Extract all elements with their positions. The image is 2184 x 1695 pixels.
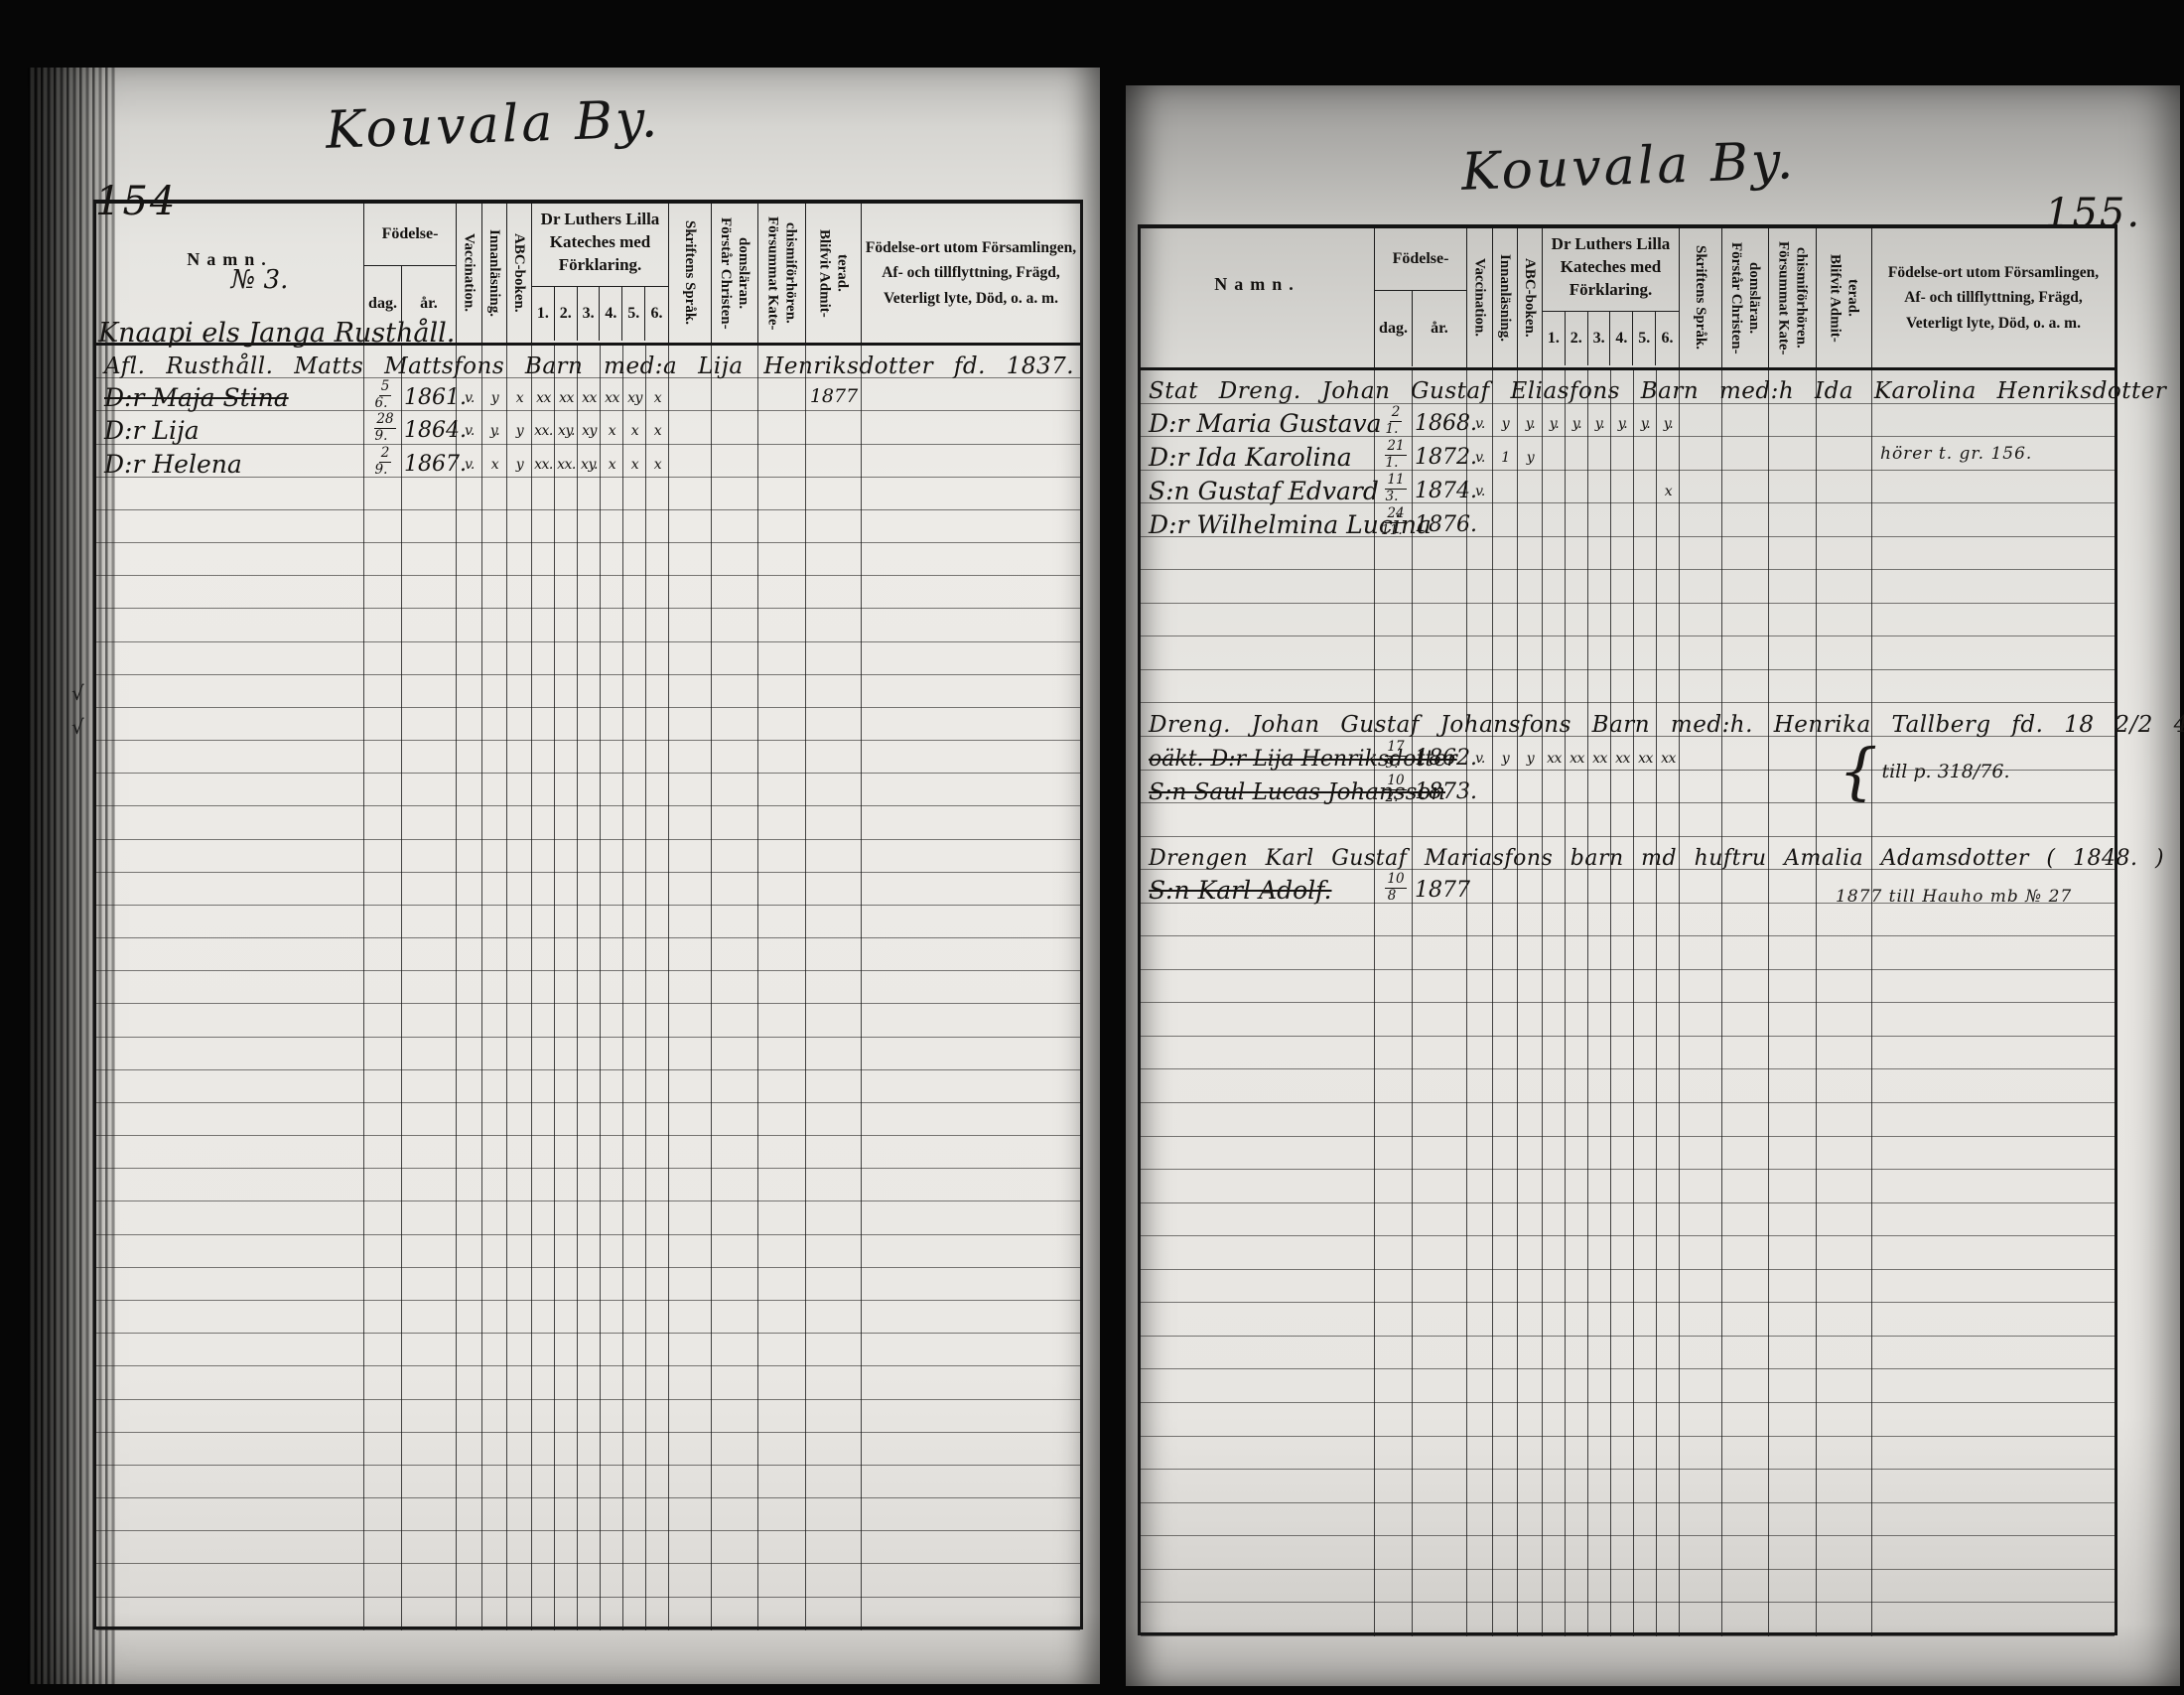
mark-k3: [1588, 898, 1611, 905]
mark-vaccination: v.: [1467, 417, 1493, 438]
mark-k6: x: [646, 391, 669, 412]
header-forsummat-katechismiforhoren: Försummat Kate-chismiförhören.: [1769, 228, 1817, 367]
mark-k1: [1543, 465, 1566, 472]
kateches-col-6: 6.: [645, 287, 668, 341]
mark-k4: [1611, 465, 1634, 472]
mark-k5: [1634, 799, 1657, 806]
fodelse-label: Födelse-: [364, 204, 456, 266]
mark-abc: [1518, 532, 1543, 539]
person-name: D:r Helena: [96, 452, 364, 479]
mark-k3: y.: [1588, 417, 1611, 438]
mark-abc: y.: [1518, 417, 1543, 438]
mark-k3: xy.: [578, 458, 601, 479]
mark-innanlasning: y: [1493, 417, 1518, 438]
birth-year: 1877: [1413, 880, 1467, 905]
mark-innanlasning: 1: [1493, 451, 1518, 472]
dag-label: dag.: [1375, 291, 1413, 366]
mark-k6: y.: [1657, 417, 1680, 438]
mark-k5: x: [623, 424, 646, 445]
kateches-col-2: 2.: [555, 287, 578, 341]
note-moved-to-hauho: 1877 till Hauho mb № 27: [1836, 887, 2072, 907]
mark-k6: [1657, 799, 1680, 806]
kateches-col-5: 5.: [622, 287, 645, 341]
mark-vaccination: v.: [457, 391, 482, 412]
mark-k2: [1566, 498, 1588, 505]
brace-glyph: {: [1839, 744, 1877, 799]
person-name: D:r Wilhelmina Lucina: [1141, 512, 1375, 539]
ar-label: år.: [1413, 291, 1466, 366]
mark-innanlasning: x: [482, 458, 507, 479]
header-notes: Födelse-ort utom Församlingen, Af- och t…: [862, 204, 1080, 343]
table-row: S:n Gustaf Edvard 113. 1874. v. x: [1141, 472, 2115, 505]
mark-k3: xy: [578, 424, 601, 445]
note-moved-to-page: { till p. 318/76.: [1839, 734, 2009, 809]
namn-label: Namn.: [1141, 274, 1374, 295]
mark-vaccination: v.: [1467, 752, 1493, 773]
mark-k1: [1543, 799, 1566, 806]
table-row: D:r Maja Stina 56. 1861. v. y x xx xx xx…: [96, 378, 1080, 412]
mark-k4: x: [601, 424, 623, 445]
birth-year: 1867.: [402, 454, 457, 479]
mark-k6: xx: [1657, 752, 1680, 773]
page-title-right: Kouvala By.: [1460, 131, 1797, 203]
birth-year: 1861.: [402, 387, 457, 412]
header-innanlasning: Innanläsning.: [482, 204, 507, 343]
mark-k5: x: [623, 458, 646, 479]
mark-k5: xy: [623, 391, 646, 412]
kateches-label: Dr Luthers Lilla Kateches med Förklaring…: [532, 204, 668, 287]
scanned-parish-register: { "header": { "namn": "Namn.", "fodelse"…: [0, 0, 2184, 1695]
mark-k1: [1543, 898, 1566, 905]
mark-vaccination: v.: [1467, 451, 1493, 472]
mark-abc: [1518, 799, 1543, 806]
table-row: D:r Lija 289. 1864. v. y. y xx. xy. xy x…: [96, 411, 1080, 445]
header-namn: Namn. № 3. Knaapi els Janga Rusthåll.: [96, 204, 364, 343]
person-name: S:n Karl Adolf.: [1141, 878, 1375, 905]
fodelse-label: Födelse-: [1375, 228, 1466, 291]
mark-k1: [1543, 498, 1566, 505]
mark-abc: [1518, 898, 1543, 905]
mark-k5: [1634, 532, 1657, 539]
mark-k1: xx: [1543, 752, 1566, 773]
mark-vaccination: v.: [1467, 485, 1493, 505]
mark-k2: xx: [555, 391, 578, 412]
header-forsummat-katechismiforhoren: Försummat Kate-chismiförhören.: [758, 204, 806, 343]
birth-day: 108: [1375, 873, 1413, 905]
mark-k6: [1657, 532, 1680, 539]
birth-day: 2411.: [1375, 507, 1413, 539]
header-namn: Namn.: [1141, 228, 1375, 367]
mark-k1: [1543, 532, 1566, 539]
kateches-col-3: 3.: [578, 287, 601, 341]
mark-k2: [1566, 799, 1588, 806]
mark-abc: y: [1518, 752, 1543, 773]
mark-k1: y.: [1543, 417, 1566, 438]
birth-day: 179.: [1375, 741, 1413, 773]
mark-k4: xx: [1611, 752, 1634, 773]
person-name: S:n Saul Lucas Johansson: [1141, 781, 1375, 806]
header-skriftens-sprak: Skriftens Språk.: [1680, 228, 1722, 367]
table-row: D:r Maria Gustava 21. 1868. v. y y. y. y…: [1141, 404, 2115, 438]
page-title-left: Kouvala By.: [325, 89, 661, 161]
header-notes: Födelse-ort utom Församlingen, Af- och t…: [1872, 228, 2115, 367]
person-name: D:r Ida Karolina: [1141, 445, 1375, 472]
note-refers-to-page: hörer t. gr. 156.: [1880, 444, 2032, 464]
kateches-col-1: 1.: [532, 287, 555, 341]
mark-k3: [1588, 498, 1611, 505]
header-fodelse: Födelse- dag. år.: [1375, 228, 1467, 367]
kateches-col-4: 4.: [600, 287, 622, 341]
table-header: Namn. № 3. Knaapi els Janga Rusthåll. Fö…: [96, 204, 1080, 346]
kateches-col-6: 6.: [1656, 312, 1679, 365]
birth-day: 289.: [364, 413, 402, 445]
kateches-col-2: 2.: [1566, 312, 1588, 365]
header-blifvit-admitterad: Blifvit Admit-terad.: [1817, 228, 1872, 367]
family-section-heading: Afl. Rusthåll. Matts Mattsfons Barn med:…: [104, 346, 1074, 379]
mark-k3: xx: [1588, 752, 1611, 773]
right-page: 155. Kouvala By. Namn. Födelse- dag. år.…: [1126, 85, 2180, 1686]
mark-vaccination: v.: [457, 424, 482, 445]
admitted-year: 1877: [806, 387, 862, 412]
kateches-col-1: 1.: [1543, 312, 1566, 365]
birth-year: 1872.: [1413, 447, 1467, 472]
mark-k5: xx: [1634, 752, 1657, 773]
column-rules: [96, 346, 1080, 1630]
birth-day: 56.: [364, 380, 402, 412]
birth-year: 1876.: [1413, 514, 1467, 539]
family-section-heading: Dreng. Johan Gustaf Johansfons Barn med:…: [1149, 704, 2184, 738]
mark-innanlasning: [1493, 799, 1518, 806]
mark-k6: x: [646, 458, 669, 479]
birth-day: 102.: [1375, 775, 1413, 806]
mark-k6: x: [646, 424, 669, 445]
admitted-year: [1817, 533, 1872, 539]
birth-year: 1873.: [1413, 781, 1467, 806]
mark-abc: y: [1518, 451, 1543, 472]
mark-innanlasning: y: [482, 391, 507, 412]
mark-innanlasning: [1493, 498, 1518, 505]
margin-check-mark: √: [71, 715, 84, 739]
table-row: D:r Helena 29. 1867. v. x y xx. xx. xy. …: [96, 445, 1080, 479]
household-name: Knaapi els Janga Rusthåll.: [98, 318, 455, 349]
mark-vaccination: [1467, 799, 1493, 806]
header-forstar-christendomslaran: Förstår Christen-domsläran.: [1722, 228, 1769, 367]
mark-vaccination: [1467, 898, 1493, 905]
kateches-label: Dr Luthers Lilla Kateches med Förklaring…: [1543, 228, 1679, 312]
birth-day: 211.: [1375, 440, 1413, 472]
mark-k5: [1634, 465, 1657, 472]
header-kateches: Dr Luthers Lilla Kateches med Förklaring…: [532, 204, 669, 343]
header-vaccination: Vaccination.: [1467, 228, 1493, 367]
person-name: oäkt. D:r Lija Henriksdotter: [1141, 749, 1375, 773]
person-name: S:n Gustaf Edvard: [1141, 479, 1375, 505]
header-forstar-christendomslaran: Förstår Christen-domsläran.: [712, 204, 758, 343]
table-body: Afl. Rusthåll. Matts Mattsfons Barn med:…: [96, 346, 1080, 1630]
header-innanlasning: Innanläsning.: [1493, 228, 1518, 367]
mark-k6: [1657, 465, 1680, 472]
birth-day: 21.: [1375, 406, 1413, 438]
mark-k3: [1588, 532, 1611, 539]
table-row: D:r Wilhelmina Lucina 2411. 1876.: [1141, 505, 2115, 539]
mark-k2: xy.: [555, 424, 578, 445]
mark-k3: [1588, 799, 1611, 806]
mark-k4: x: [601, 458, 623, 479]
person-name: D:r Lija: [96, 418, 364, 445]
column-rules: [1141, 370, 2115, 1636]
mark-k4: y.: [1611, 417, 1634, 438]
table-body: Stat Dreng. Johan Gustaf Eliasfons Barn …: [1141, 370, 2115, 1636]
register-table-right: Namn. Födelse- dag. år. Vaccination. Inn…: [1138, 224, 2117, 1635]
left-page: 154 Kouvala By. √ √ Namn. № 3. Knaapi el…: [28, 68, 1100, 1684]
mark-k4: xx: [601, 391, 623, 412]
header-blifvit-admitterad: Blifvit Admit-terad.: [806, 204, 862, 343]
mark-vaccination: [1467, 532, 1493, 539]
mark-k2: y.: [1566, 417, 1588, 438]
family-section-heading: Stat Dreng. Johan Gustaf Eliasfons Barn …: [1149, 370, 2184, 404]
header-abc-boken: ABC-boken.: [507, 204, 532, 343]
mark-innanlasning: [1493, 532, 1518, 539]
person-name: D:r Maja Stina: [96, 385, 364, 412]
mark-abc: x: [507, 391, 532, 412]
kateches-col-5: 5.: [1633, 312, 1656, 365]
mark-k2: xx: [1566, 752, 1588, 773]
mark-k4: [1611, 532, 1634, 539]
mark-k6: x: [1657, 485, 1680, 505]
birth-day: 29.: [364, 447, 402, 479]
birth-year: 1862.: [1413, 748, 1467, 773]
kateches-col-4: 4.: [1610, 312, 1633, 365]
mark-k2: xx.: [555, 458, 578, 479]
register-table-left: Namn. № 3. Knaapi els Janga Rusthåll. Fö…: [93, 200, 1083, 1629]
birth-day: 113.: [1375, 474, 1413, 505]
mark-k5: [1634, 498, 1657, 505]
mark-abc: [1518, 498, 1543, 505]
header-vaccination: Vaccination.: [457, 204, 482, 343]
mark-innanlasning: y.: [482, 424, 507, 445]
header-kateches: Dr Luthers Lilla Kateches med Förklaring…: [1543, 228, 1680, 367]
mark-k1: xx: [532, 391, 555, 412]
mark-abc: y: [507, 458, 532, 479]
mark-innanlasning: y: [1493, 752, 1518, 773]
mark-k2: [1566, 465, 1588, 472]
mark-k1: xx.: [532, 424, 555, 445]
mark-innanlasning: [1493, 898, 1518, 905]
mark-k4: [1611, 898, 1634, 905]
mark-k4: [1611, 498, 1634, 505]
mark-vaccination: v.: [457, 458, 482, 479]
mark-k3: xx: [578, 391, 601, 412]
birth-year: 1874.: [1413, 481, 1467, 505]
mark-k1: xx.: [532, 458, 555, 479]
mark-k5: y.: [1634, 417, 1657, 438]
mark-k2: [1566, 898, 1588, 905]
mark-k5: [1634, 898, 1657, 905]
mark-k2: [1566, 532, 1588, 539]
mark-k4: [1611, 799, 1634, 806]
mark-abc: y: [507, 424, 532, 445]
birth-year: 1868.: [1413, 413, 1467, 438]
admitted-year: [806, 473, 862, 479]
table-header: Namn. Födelse- dag. år. Vaccination. Inn…: [1141, 228, 2115, 370]
margin-check-mark: √: [71, 681, 84, 705]
mark-k3: [1588, 465, 1611, 472]
header-abc-boken: ABC-boken.: [1518, 228, 1543, 367]
header-skriftens-sprak: Skriftens Språk.: [669, 204, 712, 343]
birth-year: 1864.: [402, 420, 457, 445]
kateches-col-3: 3.: [1588, 312, 1611, 365]
family-section-heading: Drengen Karl Gustaf Mariasfons barn md h…: [1149, 837, 2164, 871]
mark-k6: [1657, 898, 1680, 905]
person-name: D:r Maria Gustava: [1141, 411, 1375, 438]
